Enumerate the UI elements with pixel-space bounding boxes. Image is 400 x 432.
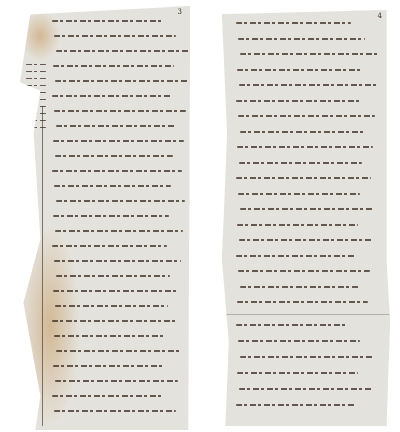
script-line [53, 65, 174, 67]
margin-note-line [26, 71, 46, 72]
script-line [53, 215, 169, 217]
script-line [238, 270, 370, 272]
margin-note-line [26, 99, 46, 100]
margin-note-line [26, 85, 46, 86]
script-line [236, 22, 351, 24]
script-line [239, 388, 372, 390]
script-line [240, 53, 379, 55]
script-line [240, 131, 364, 133]
script-line [237, 224, 358, 226]
script-line [54, 260, 181, 262]
section-divider [222, 314, 390, 315]
script-line [56, 350, 180, 352]
script-line [52, 20, 162, 22]
script-line [54, 185, 171, 187]
script-line [52, 95, 172, 97]
page-number: 4 [378, 12, 382, 20]
script-line [238, 340, 360, 342]
script-line [55, 80, 188, 82]
manuscript-page-right: 4 [222, 10, 390, 426]
script-line [238, 115, 375, 117]
script-line [52, 245, 167, 247]
script-line [55, 230, 183, 232]
script-line [238, 38, 365, 40]
script-line [239, 84, 377, 86]
manuscript-page-left: 3 [20, 6, 190, 430]
script-line [52, 395, 162, 397]
script-line [52, 170, 182, 172]
margin-note-line [26, 127, 46, 128]
script-line [56, 200, 185, 202]
script-line [240, 208, 374, 210]
script-line [239, 162, 362, 164]
margin-note-line [26, 106, 46, 107]
script-line [240, 286, 359, 288]
script-line [54, 335, 166, 337]
script-line [237, 372, 358, 374]
script-line [237, 146, 373, 148]
script-line [237, 301, 368, 303]
script-line [238, 193, 360, 195]
script-line [236, 324, 346, 326]
script-line [54, 35, 176, 37]
page-number: 3 [178, 8, 182, 16]
script-line [55, 380, 178, 382]
script-line [53, 290, 179, 292]
script-line [236, 177, 371, 179]
script-line [240, 356, 374, 358]
script-line [52, 320, 177, 322]
script-line [236, 100, 361, 102]
margin-note-line [26, 120, 46, 121]
script-line [237, 69, 363, 71]
script-line [55, 155, 173, 157]
script-line [54, 110, 186, 112]
script-line [54, 410, 176, 412]
margin-note-line [26, 92, 46, 93]
script-line [239, 239, 372, 241]
script-line [53, 140, 184, 142]
script-line [56, 275, 170, 277]
script-line [56, 125, 175, 127]
script-line [53, 365, 164, 367]
script-line [236, 255, 356, 257]
margin-note-line [26, 113, 46, 114]
script-line [236, 404, 356, 406]
margin-rule [42, 106, 43, 426]
margin-note-line [26, 64, 46, 65]
script-line [56, 50, 190, 52]
margin-note-line [26, 78, 46, 79]
script-line [55, 305, 168, 307]
